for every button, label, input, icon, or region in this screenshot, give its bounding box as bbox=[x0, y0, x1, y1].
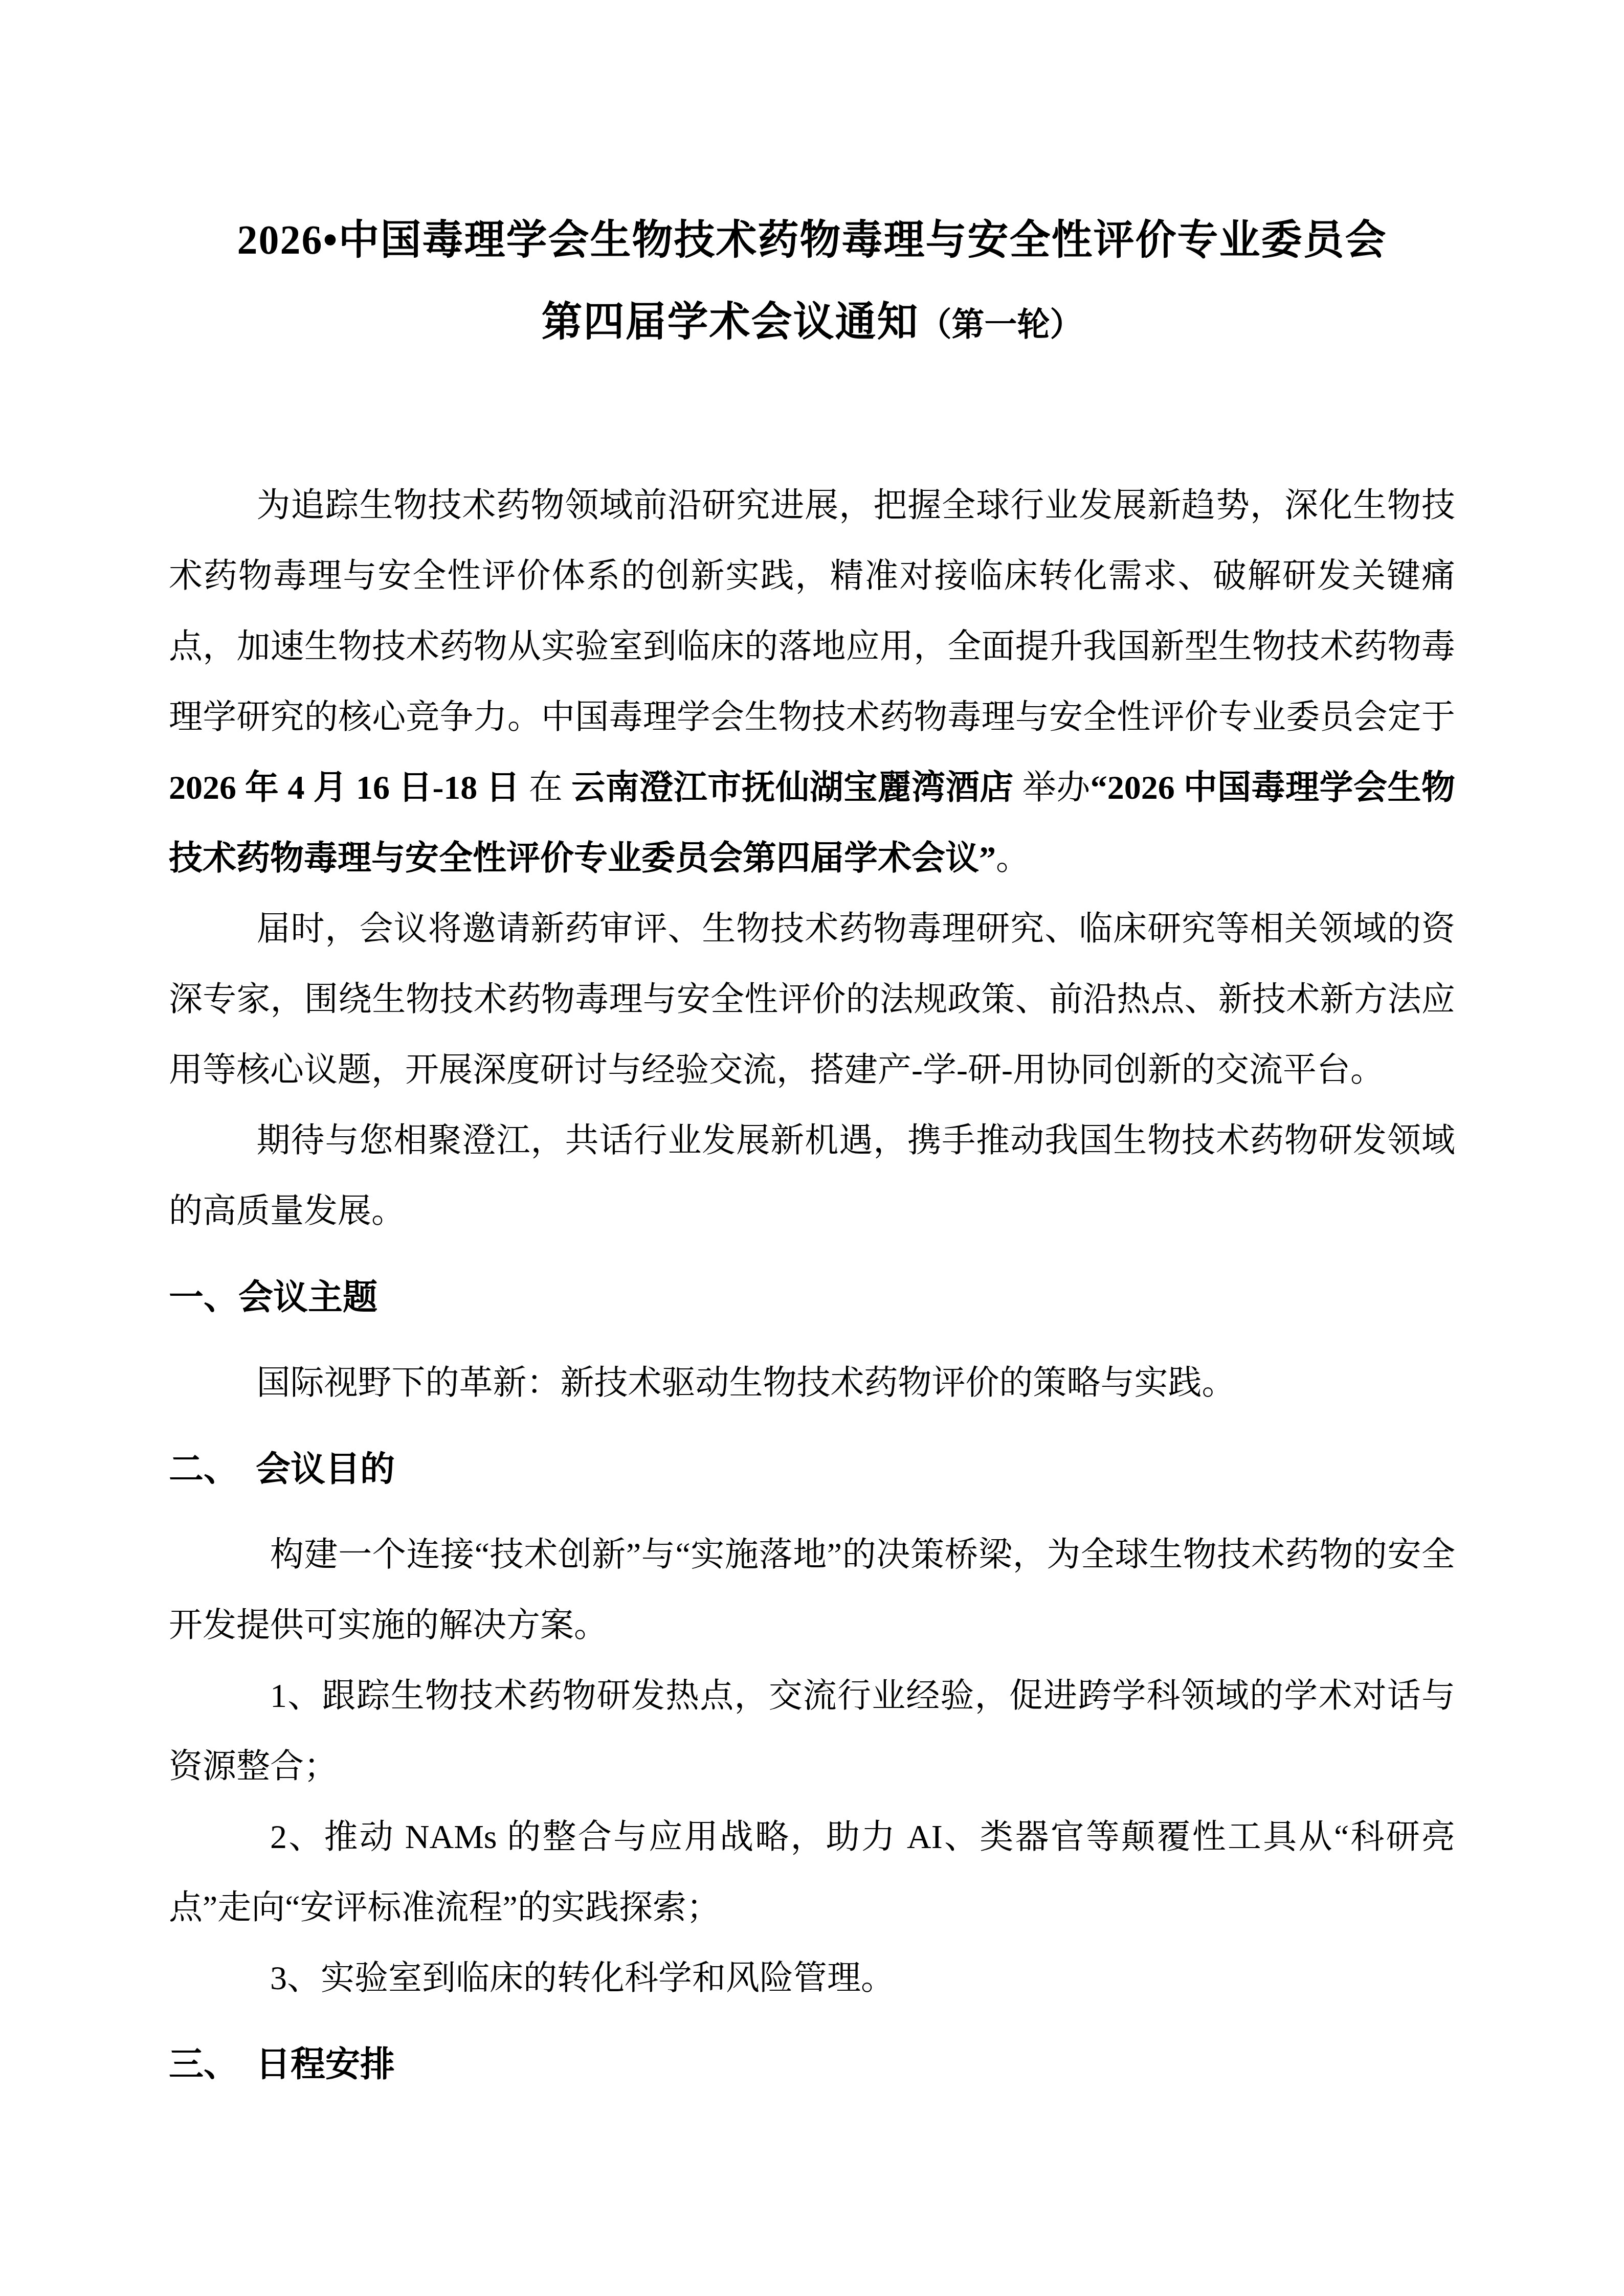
intro-paragraph-2: 届时，会议将邀请新药审评、生物技术药物毒理研究、临床研究等相关领域的资深专家，围… bbox=[169, 894, 1455, 1106]
p1-text-2: 在 bbox=[520, 769, 571, 806]
section1-heading: 一、会议主题 bbox=[169, 1262, 1455, 1333]
p1-conference-date: 2026 年 4 月 16 日-18 日 bbox=[169, 769, 520, 806]
section2-heading: 二、 会议目的 bbox=[169, 1434, 1455, 1504]
document-title-line1: 2026•中国毒理学会生物技术药物毒理与安全性评价专业委员会 bbox=[169, 199, 1455, 281]
document-page: 2026•中国毒理学会生物技术药物毒理与安全性评价专业委员会 第四届学术会议通知… bbox=[0, 0, 1624, 2296]
intro-paragraph-3: 期待与您相聚澄江，共话行业发展新机遇，携手推动我国生物技术药物研发领域的高质量发… bbox=[169, 1106, 1455, 1247]
section2-item-1: 1、跟踪生物技术药物研发热点，交流行业经验，促进跨学科领域的学术对话与资源整合； bbox=[169, 1661, 1455, 1802]
title-line2-paren: （第一轮） bbox=[919, 306, 1083, 343]
document-title-line2: 第四届学术会议通知（第一轮） bbox=[169, 281, 1455, 366]
p1-text-3: 举办 bbox=[1014, 769, 1091, 806]
section2-item-3: 3、实验室到临床的转化科学和风险管理。 bbox=[169, 1943, 1455, 2014]
title-line2-main: 第四届学术会议通知 bbox=[542, 300, 919, 345]
section2-intro-text: 构建一个连接“技术创新”与“实施落地”的决策桥梁，为全球生物技术药物的安全开发提… bbox=[169, 1520, 1455, 1661]
p1-text-1: 为追踪生物技术药物领域前沿研究进展，把握全球行业发展新趋势，深化生物技术药物毒理… bbox=[169, 487, 1455, 736]
section2-item-2: 2、推动 NAMs 的整合与应用战略，助力 AI、类器官等颠覆性工具从“科研亮点… bbox=[169, 1802, 1455, 1943]
section3-heading: 三、 日程安排 bbox=[169, 2029, 1455, 2100]
p1-text-4: 。 bbox=[996, 840, 1030, 877]
p1-venue-name: 云南澄江市抚仙湖宝麗湾酒店 bbox=[571, 769, 1013, 806]
intro-paragraph-1: 为追踪生物技术药物领域前沿研究进展，把握全球行业发展新趋势，深化生物技术药物毒理… bbox=[169, 470, 1455, 894]
title-body-spacer bbox=[169, 366, 1455, 470]
section1-theme-text: 国际视野下的革新：新技术驱动生物技术药物评价的策略与实践。 bbox=[169, 1348, 1455, 1419]
